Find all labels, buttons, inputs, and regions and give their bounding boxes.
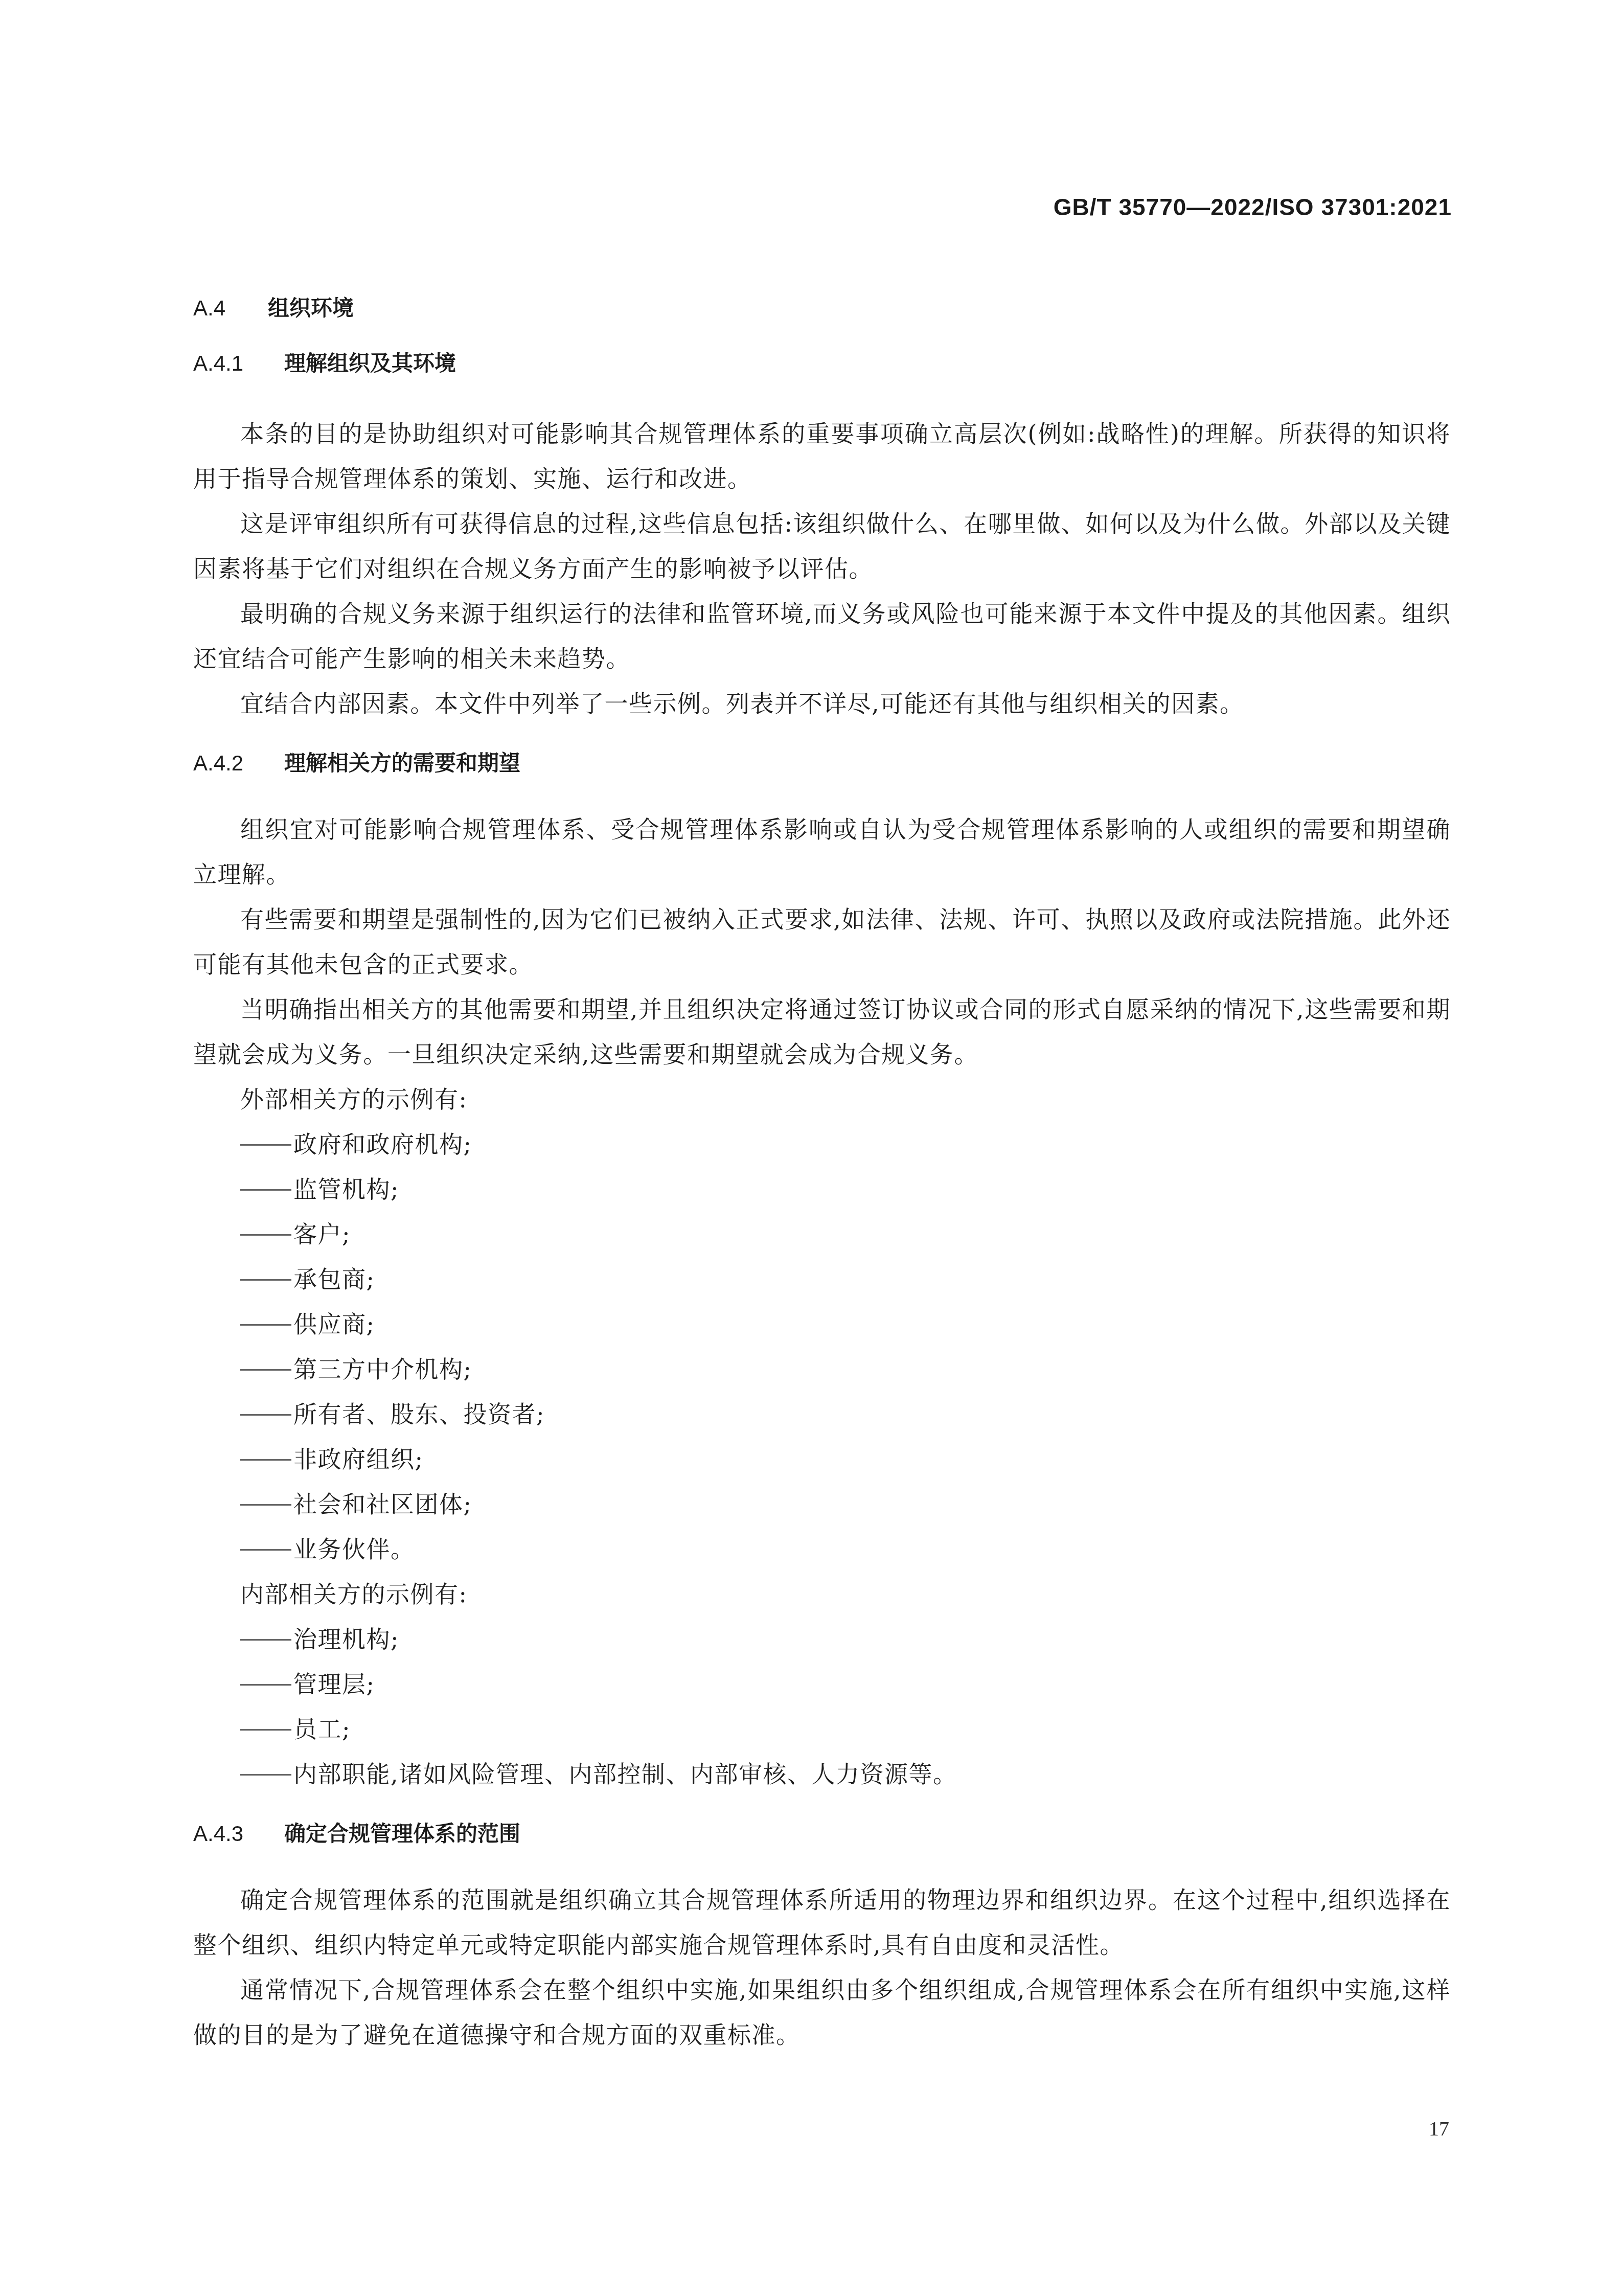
paragraph: 宜结合内部因素。本文件中列举了一些示例。列表并不详尽,可能还有其他与组织相关的因… xyxy=(193,681,1451,726)
list-item: 管理层; xyxy=(193,1662,1451,1707)
page-number: 17 xyxy=(1429,2117,1449,2141)
section-number: A.4.1 xyxy=(193,351,284,376)
section-heading-a4: A.4 组织环境 xyxy=(193,291,1451,322)
paragraph: 本条的目的是协助组织对可能影响其合规管理体系的重要事项确立高层次(例如:战略性)… xyxy=(193,411,1451,501)
external-parties-intro: 外部相关方的示例有: xyxy=(193,1077,1451,1122)
paragraph: 确定合规管理体系的范围就是组织确立其合规管理体系所适用的物理边界和组织边界。在这… xyxy=(193,1877,1451,1967)
section-title: 组织环境 xyxy=(268,291,354,322)
list-item: 业务伙伴。 xyxy=(193,1527,1451,1572)
section-title: 理解组织及其环境 xyxy=(284,347,456,377)
section-number: A.4 xyxy=(193,296,268,321)
paragraph: 有些需要和期望是强制性的,因为它们已被纳入正式要求,如法律、法规、许可、执照以及… xyxy=(193,897,1451,987)
list-item: 政府和政府机构; xyxy=(193,1122,1451,1167)
dash-bullet-icon xyxy=(240,1279,291,1281)
dash-bullet-icon xyxy=(240,1639,291,1641)
dash-bullet-icon xyxy=(240,1459,291,1461)
dash-bullet-icon xyxy=(240,1729,291,1731)
section-title: 确定合规管理体系的范围 xyxy=(284,1817,520,1848)
dash-bullet-icon xyxy=(240,1504,291,1506)
list-item: 所有者、股东、投资者; xyxy=(193,1392,1451,1437)
dash-bullet-icon xyxy=(240,1414,291,1416)
dash-bullet-icon xyxy=(240,1684,291,1686)
list-item: 第三方中介机构; xyxy=(193,1347,1451,1392)
document-body: A.4 组织环境 A.4.1 理解组织及其环境 本条的目的是协助组织对可能影响其… xyxy=(193,291,1451,2057)
list-item: 治理机构; xyxy=(193,1617,1451,1662)
dash-bullet-icon xyxy=(240,1189,291,1191)
section-number: A.4.2 xyxy=(193,751,284,776)
paragraph: 当明确指出相关方的其他需要和期望,并且组织决定将通过签订协议或合同的形式自愿采纳… xyxy=(193,987,1451,1077)
list-item: 承包商; xyxy=(193,1257,1451,1302)
dash-bullet-icon xyxy=(240,1324,291,1326)
section-heading-a41: A.4.1 理解组织及其环境 xyxy=(193,347,1451,377)
section-title: 理解相关方的需要和期望 xyxy=(284,746,520,777)
paragraph: 通常情况下,合规管理体系会在整个组织中实施,如果组织由多个组织组成,合规管理体系… xyxy=(193,1967,1451,2057)
paragraph: 这是评审组织所有可获得信息的过程,这些信息包括:该组织做什么、在哪里做、如何以及… xyxy=(193,501,1451,591)
list-item: 供应商; xyxy=(193,1302,1451,1347)
list-item: 员工; xyxy=(193,1707,1451,1752)
paragraph: 组织宜对可能影响合规管理体系、受合规管理体系影响或自认为受合规管理体系影响的人或… xyxy=(193,807,1451,897)
section-number: A.4.3 xyxy=(193,1822,284,1846)
dash-bullet-icon xyxy=(240,1234,291,1236)
dash-bullet-icon xyxy=(240,1549,291,1551)
paragraph: 最明确的合规义务来源于组织运行的法律和监管环境,而义务或风险也可能来源于本文件中… xyxy=(193,591,1451,681)
section-heading-a43: A.4.3 确定合规管理体系的范围 xyxy=(193,1817,1451,1848)
list-item: 监管机构; xyxy=(193,1167,1451,1212)
internal-parties-intro: 内部相关方的示例有: xyxy=(193,1572,1451,1617)
dash-bullet-icon xyxy=(240,1369,291,1371)
standard-code-header: GB/T 35770—2022/ISO 37301:2021 xyxy=(1054,193,1452,221)
list-item: 非政府组织; xyxy=(193,1437,1451,1482)
section-heading-a42: A.4.2 理解相关方的需要和期望 xyxy=(193,746,1451,777)
dash-bullet-icon xyxy=(240,1144,291,1146)
dash-bullet-icon xyxy=(240,1774,291,1776)
list-item: 内部职能,诸如风险管理、内部控制、内部审核、人力资源等。 xyxy=(193,1752,1451,1797)
list-item: 客户; xyxy=(193,1212,1451,1257)
list-item: 社会和社区团体; xyxy=(193,1482,1451,1527)
